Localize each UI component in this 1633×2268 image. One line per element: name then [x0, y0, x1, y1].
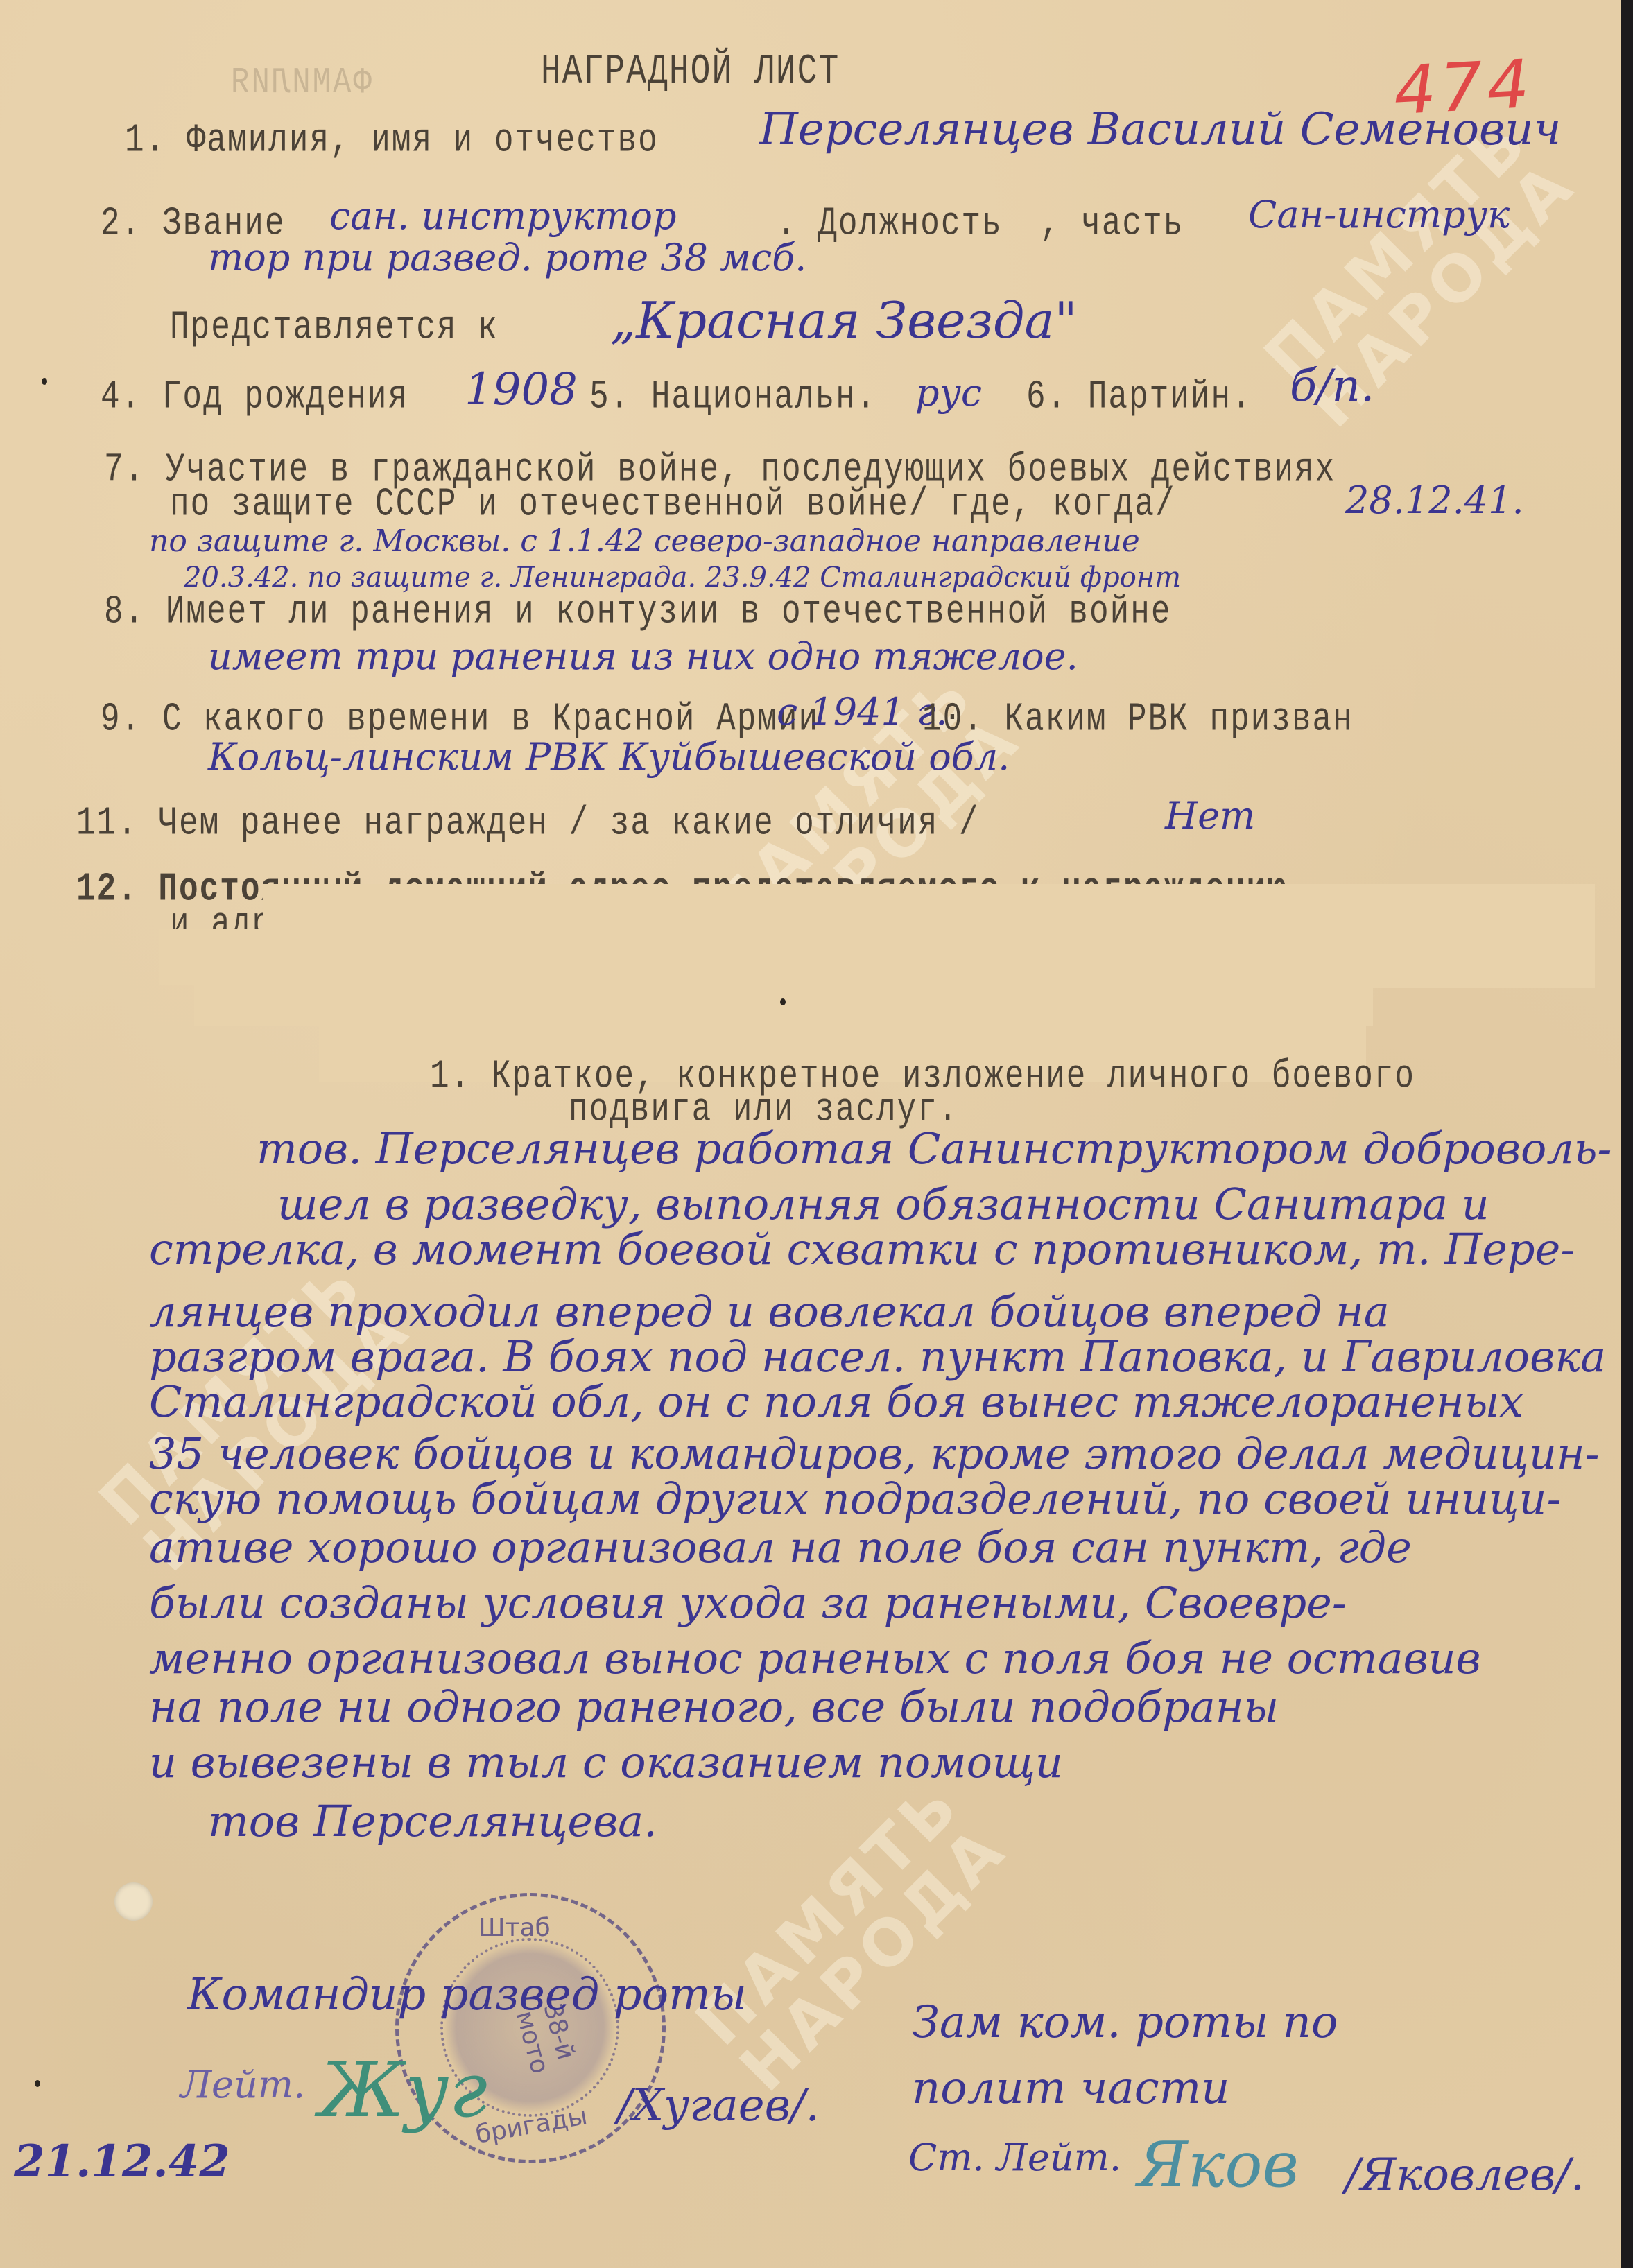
field-5-label: 5. Национальн.	[589, 374, 876, 419]
field-2-rank-value: сан. инструктор	[329, 194, 677, 238]
field-5-value: рус	[915, 371, 982, 415]
right-signature: Яков	[1137, 2129, 1299, 2201]
field-10-value: Кольц-линским РВК Куйбышевской обл.	[208, 735, 1010, 779]
redacted-area	[263, 884, 1595, 988]
watermark: ПАМЯТЬНАРОДА	[684, 1769, 1017, 2102]
left-signer-title: Командир развед роты	[187, 1969, 747, 2020]
field-4-value: 1908	[465, 364, 578, 415]
right-signer-name: /Яковлев/.	[1345, 2149, 1584, 2201]
field-2-position-label: . Должность	[777, 201, 1003, 246]
paper-speck	[35, 2080, 40, 2087]
field-2-unit-label: , часть	[1040, 201, 1184, 246]
document-title: НАГРАДНОЙ ЛИСТ	[541, 49, 840, 96]
field-11-value: Нет	[1165, 794, 1255, 838]
narrative-line: и вывезены в тыл с оказанием помощи	[149, 1737, 1063, 1787]
narrative-line: 35 человек бойцов и командиров, кроме эт…	[149, 1428, 1600, 1479]
stamp-text-top: Штаб	[478, 1914, 551, 1942]
field-6-value: б/п.	[1290, 361, 1374, 412]
punch-hole	[114, 1882, 153, 1921]
field-3-value: „Красная Звезда"	[610, 291, 1078, 349]
narrative-line: лянцев проходил вперед и вовлекал бойцов…	[149, 1286, 1390, 1337]
right-signer-title-line2: полит части	[912, 2063, 1229, 2114]
field-7-value-line2: по защите г. Москвы. с 1.1.42 северо-зап…	[149, 523, 1140, 559]
redacted-area	[159, 929, 263, 985]
narrative-line: тов. Перселянцев работая Санинструктором…	[257, 1123, 1612, 1174]
left-signer-name: /Хугаев/.	[617, 2080, 820, 2131]
narrative-line: менно организовал вынос раненых с поля б…	[149, 1633, 1481, 1683]
document-date: 21.12.42	[14, 2136, 230, 2188]
left-signature: Жуг	[319, 2045, 487, 2134]
narrative-line: Сталинградской обл, он с поля боя вынес …	[149, 1376, 1523, 1427]
narrative-line: стрелка, в момент боевой схватки с проти…	[149, 1224, 1575, 1274]
narrative-line: разгром врага. В боях под насел. пункт П…	[149, 1331, 1606, 1382]
paper-speck	[780, 998, 786, 1005]
narrative-line: на поле ни одного раненого, все были под…	[149, 1681, 1279, 1732]
narrative-line: скую помощь бойцам других подразделений,…	[149, 1473, 1561, 1524]
right-signer-title-line1: Зам ком. роты по	[912, 1997, 1338, 2048]
scan-edge	[1621, 0, 1633, 2268]
field-2-unit-value-line1: Сан-инструк	[1248, 193, 1510, 236]
right-signer-rank: Ст. Лейт.	[908, 2136, 1121, 2179]
field-8-value: имеет три ранения из них одно тяжелое.	[208, 634, 1078, 678]
field-7-value-line1: 28.12.41.	[1345, 478, 1524, 522]
narrative-line: ативе хорошо организовал на поле боя сан…	[149, 1522, 1412, 1573]
narrative-line: тов Перселянцева.	[208, 1796, 657, 1846]
field-11-label: 11. Чем ранее награжден / за какие отлич…	[76, 801, 980, 846]
field-1-value: Перселянцев Василий Семенович	[759, 104, 1561, 155]
field-3-label: Представляется к	[170, 305, 499, 350]
narrative-line: были созданы условия ухода за ранеными, …	[149, 1577, 1347, 1628]
field-4-label: 4. Год рождения	[101, 374, 408, 419]
field-1-label: 1. Фамилия, имя и отчество	[125, 118, 659, 163]
field-6-label: 6. Партийн.	[1026, 374, 1252, 419]
left-signer-rank: Лейт.	[180, 2063, 305, 2106]
field-8-label: 8. Имеет ли ранения и контузии в отечест…	[104, 589, 1171, 634]
paper-speck	[42, 378, 47, 385]
field-7-label-line2: по защите СССР и отечественной войне/ гд…	[170, 482, 1176, 527]
field-2-unit-value-line2: тор при развед. роте 38 мсб.	[208, 236, 806, 279]
show-through-text: ФАМИЛИЯ	[229, 62, 372, 104]
narrative-line: шел в разведку, выполняя обязанности Сан…	[277, 1179, 1489, 1229]
